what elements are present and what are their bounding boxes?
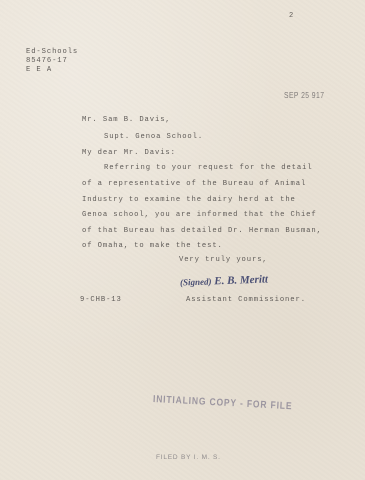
body-line: of Omaha, to make the test.: [82, 243, 223, 250]
date-stamp: SEP 25 917: [284, 92, 324, 100]
signature-name: E. B. Meritt: [214, 273, 268, 287]
body-line: Industry to examine the dairy herd at th…: [82, 197, 296, 204]
reference-line: 85476-17: [26, 57, 78, 66]
page-number: 2: [289, 13, 294, 20]
salutation: My dear Mr. Davis:: [82, 150, 176, 157]
body-line: Genoa school, you are informed that the …: [82, 212, 317, 219]
closing: Very truly yours,: [179, 257, 268, 264]
signer-title: Assistant Commissioner.: [186, 297, 306, 304]
signature-prefix: (Signed): [180, 276, 212, 287]
reference-line: Ed-Schools: [26, 48, 78, 57]
body-line: of that Bureau has detailed Dr. Herman B…: [82, 228, 322, 235]
reference-block: Ed-Schools 85476-17 E E A: [26, 48, 78, 75]
recipient-name: Mr. Sam B. Davis,: [82, 117, 171, 124]
file-code: 9-CHB-13: [80, 297, 122, 304]
recipient-title: Supt. Genoa School.: [104, 134, 203, 141]
body-line: of a representative of the Bureau of Ani…: [82, 181, 306, 188]
body-line: Referring to your request for the detail: [104, 165, 313, 172]
filed-by-stamp: FILED BY I. M. S.: [156, 454, 221, 461]
reference-line: E E A: [26, 66, 78, 75]
